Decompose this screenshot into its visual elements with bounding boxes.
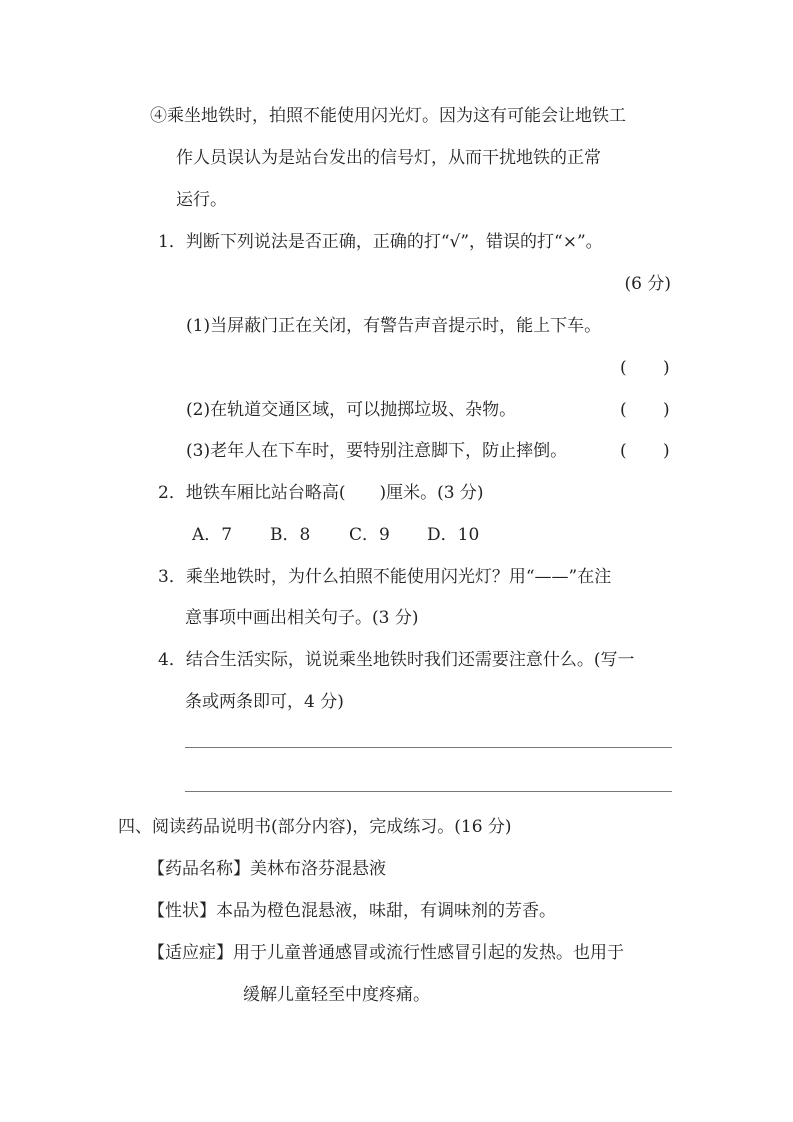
note-4-line-2: 作人员误认为是站台发出的信号灯，从而干扰地铁的正常: [176, 147, 601, 169]
q1-score: (6 分): [625, 273, 671, 295]
q1-prompt: 1．判断下列说法是否正确，正确的打“√”，错误的打“×”。: [158, 231, 603, 253]
answer-line-1[interactable]: [185, 747, 672, 748]
answer-paren-close: ): [663, 399, 670, 421]
section-4-heading: 四、阅读药品说明书(部分内容)，完成练习。(16 分): [118, 816, 512, 838]
q4-line-1: 4．结合生活实际，说说乘坐地铁时我们还需要注意什么。(写一: [158, 649, 634, 671]
drug-indication-line-2: 缓解儿童轻至中度疼痛。: [243, 984, 430, 1006]
drug-indication-row: 【适应症】用于儿童普通感冒或流行性感冒引起的发热。也用于: [148, 942, 624, 964]
drug-trait-label: 【性状】: [148, 901, 216, 921]
q2-option-d[interactable]: D．10: [427, 524, 479, 546]
q2-option-b[interactable]: B．8: [270, 524, 310, 546]
note-4-line-1: ④乘坐地铁时，拍照不能使用闪光灯。因为这有可能会让地铁工: [150, 105, 626, 127]
q1-item-3: (3)老年人在下车时，要特别注意脚下，防止摔倒。: [186, 440, 567, 462]
drug-name-row: 【药品名称】美林布洛芬混悬液: [148, 858, 386, 880]
q1-item-2: (2)在轨道交通区域，可以抛掷垃圾、杂物。: [186, 399, 516, 421]
q2-option-a[interactable]: A．7: [192, 524, 232, 546]
q3-line-1: 3．乘坐地铁时，为什么拍照不能使用闪光灯？用“——”在注: [158, 566, 611, 588]
q2-option-c[interactable]: C．9: [349, 524, 390, 546]
answer-paren-close: ): [663, 357, 670, 379]
answer-paren-open: (: [620, 399, 627, 421]
drug-name-label: 【药品名称】: [148, 859, 250, 879]
q3-line-2: 意事项中画出相关句子。(3 分): [185, 607, 418, 629]
drug-trait-value: 本品为橙色混悬液，味甜，有调味剂的芳香。: [216, 901, 556, 921]
drug-indication-line-1: 用于儿童普通感冒或流行性感冒引起的发热。也用于: [233, 943, 624, 963]
drug-indication-label: 【适应症】: [148, 943, 233, 963]
q4-line-2: 条或两条即可，4 分): [185, 691, 344, 713]
answer-line-2[interactable]: [185, 791, 672, 792]
q1-item-1: (1)当屏蔽门正在关闭，有警告声音提示时，能上下车。: [186, 315, 601, 337]
answer-paren-open: (: [620, 440, 627, 462]
answer-paren-close: ): [663, 440, 670, 462]
drug-trait-row: 【性状】本品为橙色混悬液，味甜，有调味剂的芳香。: [148, 900, 556, 922]
answer-paren-open: (: [620, 357, 627, 379]
q2-prompt: 2．地铁车厢比站台略高( )厘米。(3 分): [158, 482, 484, 504]
note-4-line-3: 运行。: [176, 189, 227, 211]
drug-name-value: 美林布洛芬混悬液: [250, 859, 386, 879]
